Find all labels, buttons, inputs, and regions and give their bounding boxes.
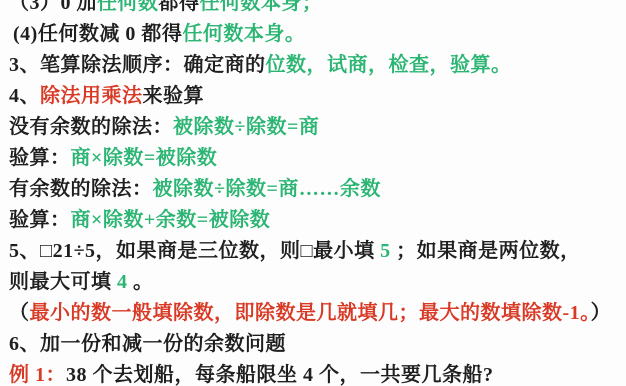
text-segment: 任何数本身。	[182, 23, 305, 45]
text-line: 则最大可填 4 。	[9, 267, 620, 298]
text-segment: 商×除数=被除数	[71, 147, 218, 169]
text-segment: 。	[128, 271, 154, 293]
text-line: （最小的数一般填除数，即除数是几就填几；最大的数填除数-1。）	[9, 298, 620, 329]
text-segment: （3）0 加	[9, 0, 97, 14]
text-segment: 4、	[9, 85, 40, 107]
text-line: 4、除法用乘法来验算	[9, 81, 620, 112]
text-segment: ；如果商是两位数，	[391, 240, 581, 262]
text-line: 3、笔算除法顺序：确定商的位数，试商，检查，验算。	[9, 50, 620, 81]
text-line: (4)任何数减 0 都得任何数本身。	[9, 19, 620, 50]
text-segment: 5、□21÷5，如果商是三位数，则□最小填	[9, 240, 380, 262]
text-segment: 任何数	[97, 0, 159, 14]
text-segment: 验算：	[9, 147, 71, 169]
text-line: （3）0 加任何数都得任何数本身；	[9, 0, 620, 19]
text-line: 例 1：38 个去划船，每条船限坐 4 个，一共要几条船?	[9, 360, 620, 386]
notes-page: （3）0 加任何数都得任何数本身；(4)任何数减 0 都得任何数本身。3、笔算除…	[0, 0, 626, 386]
text-segment: 例 1：	[9, 364, 66, 386]
text-segment: 5	[380, 240, 391, 262]
text-segment: （	[9, 302, 30, 324]
text-segment: 4	[117, 271, 128, 293]
text-segment: 有余数的除法：	[9, 178, 153, 200]
text-segment: 6、加一份和减一份的余数问题	[9, 333, 286, 355]
text-segment: 来验算	[143, 85, 205, 107]
text-segment: 位数，试商，检查，验算。	[266, 54, 512, 76]
text-line: 6、加一份和减一份的余数问题	[9, 329, 620, 360]
text-segment: ）	[591, 302, 612, 324]
text-segment: 没有余数的除法：	[9, 116, 173, 138]
text-segment: 被除数÷除数=商	[173, 116, 319, 138]
text-segment: 则最大可填	[9, 271, 117, 293]
text-segment: 除法用乘法	[40, 85, 143, 107]
text-segment: 最小的数一般填除数，即除数是几就填几；最大的数填除数-1。	[30, 302, 591, 324]
text-segment: (4)任何数减 0 都得	[13, 23, 182, 45]
text-segment: 38 个去划船，每条船限坐 4 个，一共要几条船?	[66, 364, 494, 386]
text-line: 验算：商×除数=被除数	[9, 143, 620, 174]
text-line: 5、□21÷5，如果商是三位数，则□最小填 5 ；如果商是两位数，	[9, 236, 620, 267]
text-segment: 都得	[159, 0, 200, 14]
text-line: 验算：商×除数+余数=被除数	[9, 205, 620, 236]
text-segment: 任何数本身；	[200, 0, 323, 14]
text-segment: 商×除数+余数=被除数	[71, 209, 271, 231]
text-segment: 3、笔算除法顺序：确定商的	[9, 54, 266, 76]
text-segment: 被除数÷除数=商……余数	[153, 178, 381, 200]
notes-body: （3）0 加任何数都得任何数本身；(4)任何数减 0 都得任何数本身。3、笔算除…	[9, 0, 620, 386]
text-line: 有余数的除法：被除数÷除数=商……余数	[9, 174, 620, 205]
text-segment: 验算：	[9, 209, 71, 231]
text-line: 没有余数的除法：被除数÷除数=商	[9, 112, 620, 143]
